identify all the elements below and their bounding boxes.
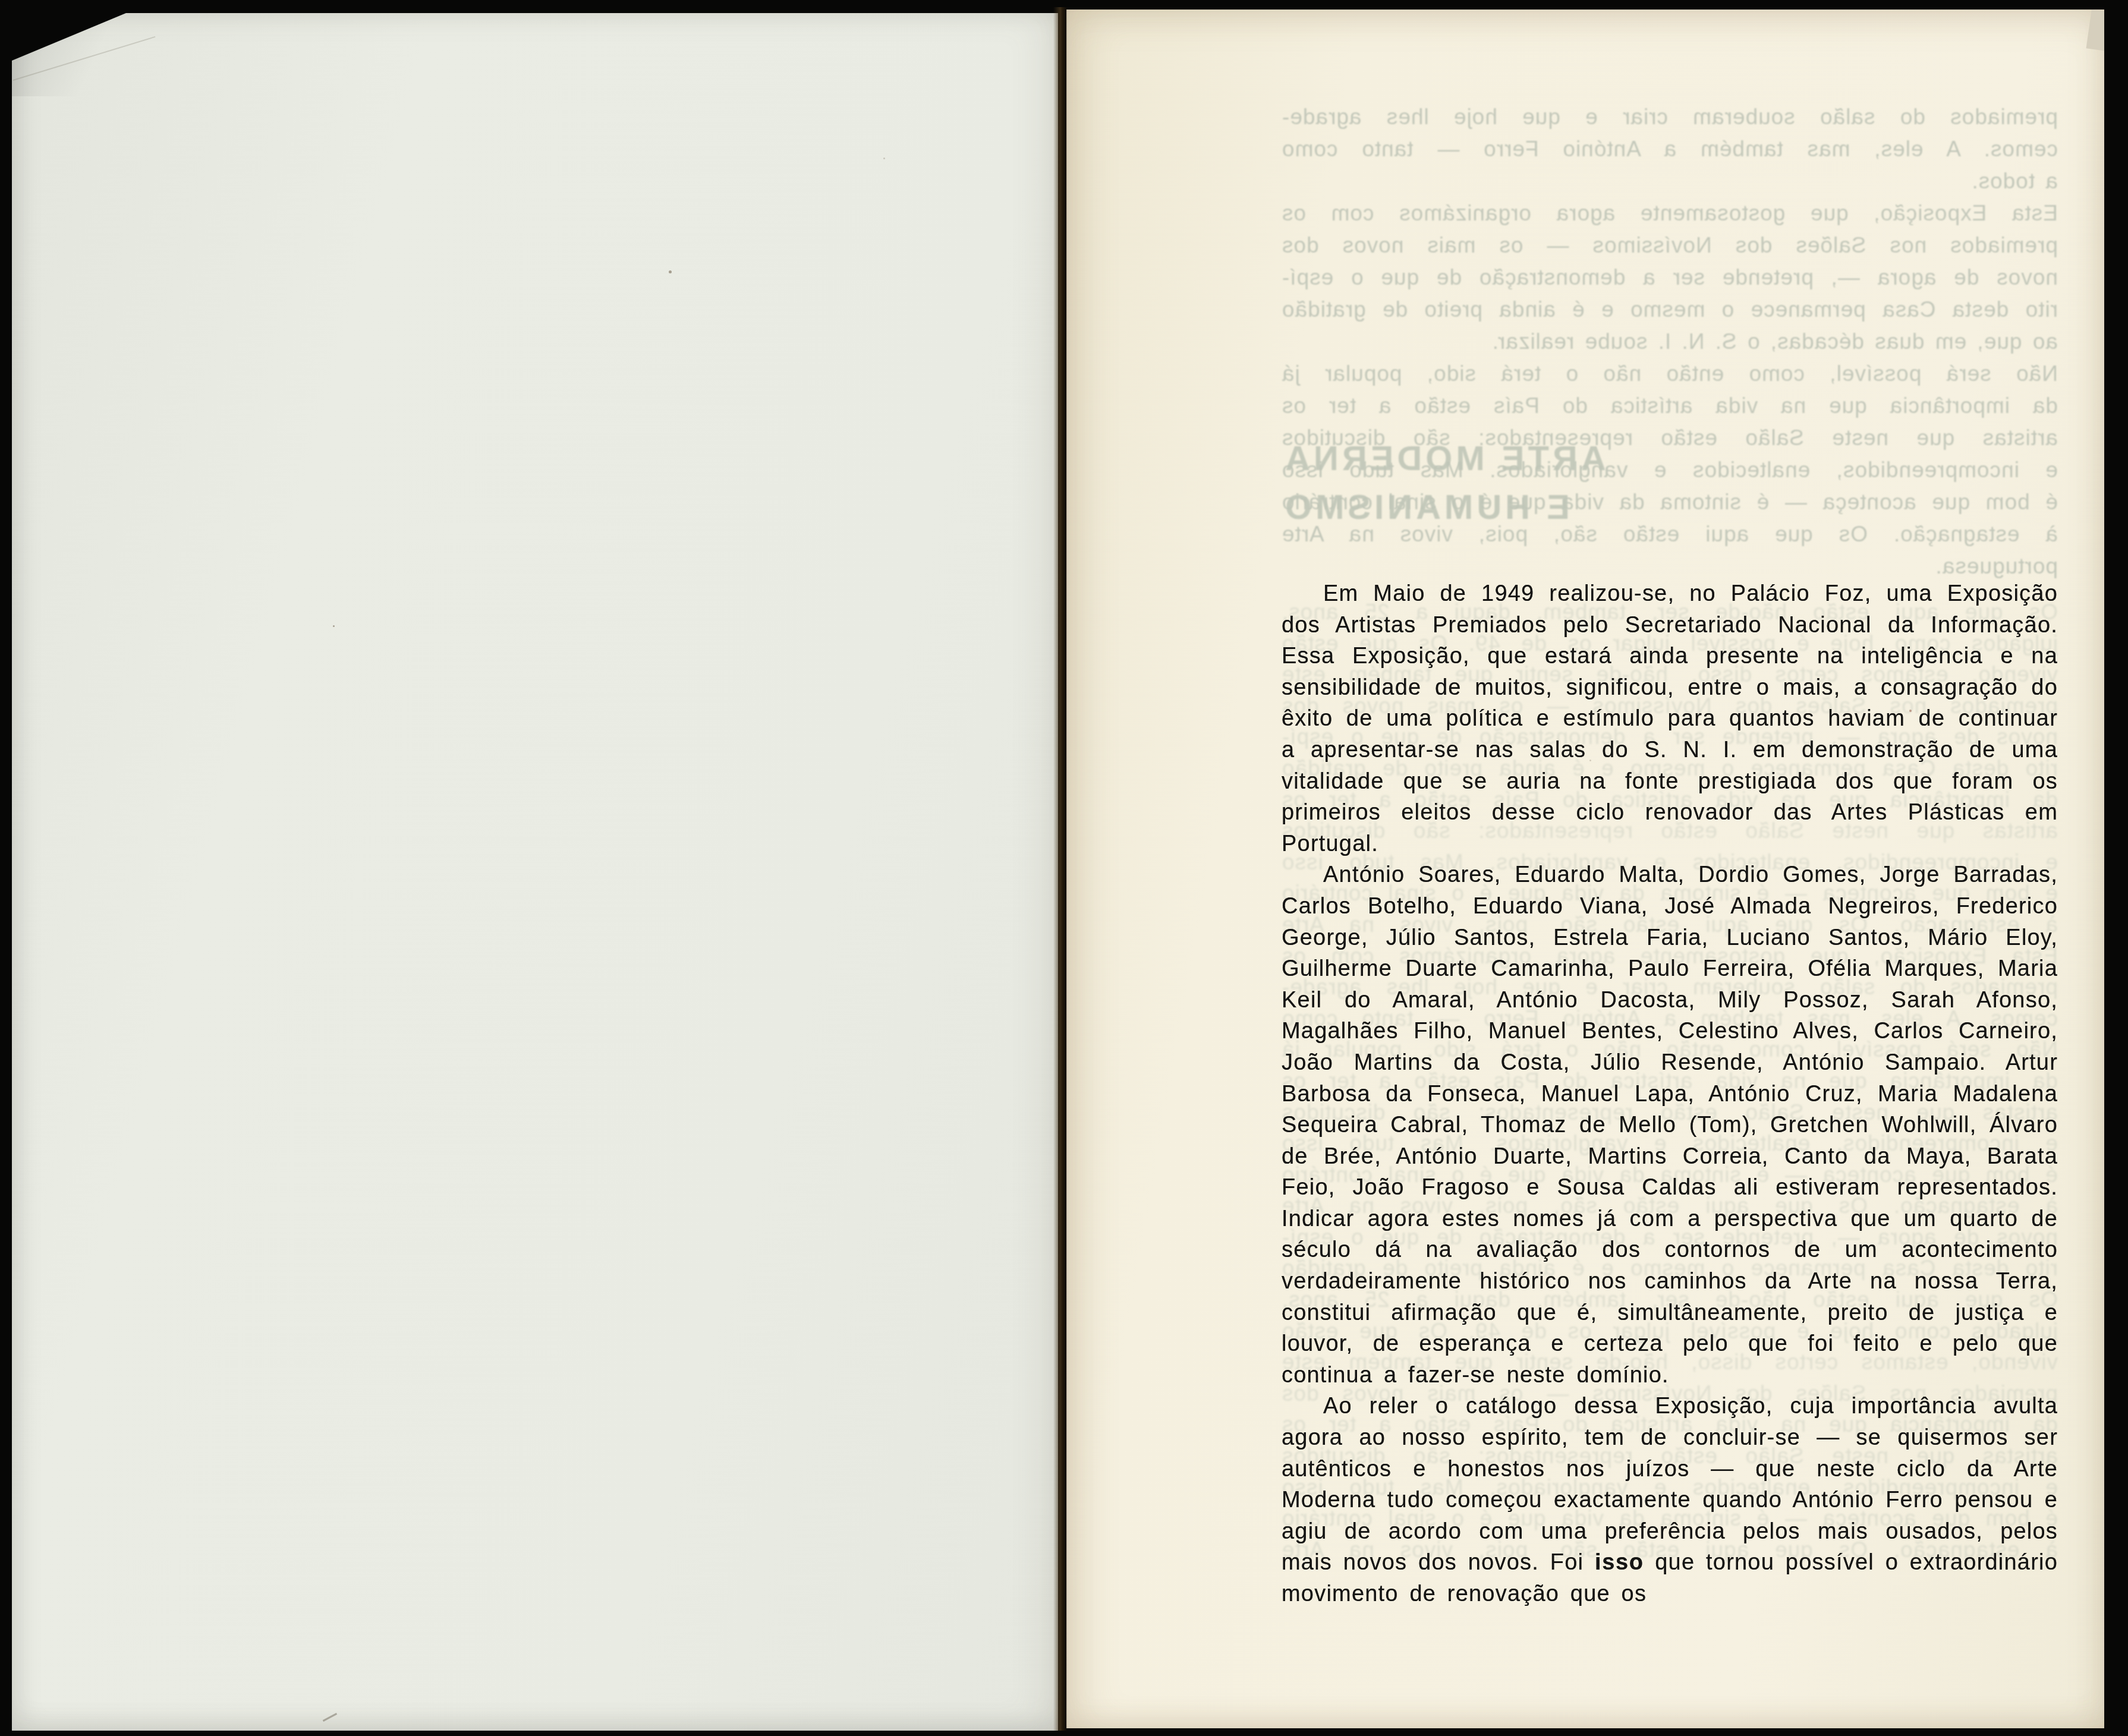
corner-fold-shadow	[12, 13, 149, 96]
ghost-text-line: da importância que na vida artística do …	[1282, 390, 2058, 422]
left-page-blank	[12, 13, 1058, 1731]
right-page: premiados do salão souberam criar e que …	[1066, 10, 2104, 1728]
ghost-text-line: cemos. A eles, mas também a António Ferr…	[1282, 133, 2058, 165]
ghost-text-line: premiados nos Salões dos Novíssimos — os…	[1282, 229, 2058, 261]
ghost-text-line: novos de agora —, pretende ser a demonst…	[1282, 261, 2058, 294]
dust-speck	[1589, 760, 1591, 761]
ghost-title-arte-moderna: ARTE MODERNA	[1282, 439, 2058, 478]
dust-speck	[333, 625, 335, 627]
dust-speck	[883, 157, 885, 159]
paragraph-artist-names: António Soares, Eduardo Malta, Dordio Go…	[1282, 859, 2058, 1391]
ghost-text-line: ao que, em duas décadas, o S. N. I. soub…	[1282, 326, 2058, 358]
book-scan: premiados do salão souberam criar e que …	[0, 0, 2128, 1736]
ghost-text-line: rito desta Casa permanece o mesmo e é ai…	[1282, 294, 2058, 326]
bold-word-isso: isso	[1595, 1550, 1644, 1575]
ghost-text-line: a todos.	[1282, 165, 2058, 197]
scratch-mark	[323, 1713, 337, 1722]
dust-speck	[669, 270, 672, 273]
main-text-block: Em Maio de 1949 realizou-se, no Palácio …	[1282, 578, 2058, 1610]
paragraph-catalogo: Ao reler o catálogo dessa Exposição, cuj…	[1282, 1391, 2058, 1609]
ghost-text-line: Esta Exposição, que gostosamente agora o…	[1282, 197, 2058, 229]
paragraph-text: Ao reler o catálogo dessa Exposição, cuj…	[1282, 1394, 2058, 1575]
ghost-text-line: portuguesa.	[1282, 550, 2058, 582]
ghost-text-line: premiados do salão souberam criar e que …	[1282, 101, 2058, 133]
paragraph-exposicao-1949: Em Maio de 1949 realizou-se, no Palácio …	[1282, 578, 2058, 859]
page-gutter	[1053, 7, 1070, 1731]
ghost-text-line: Não será possível, como então não o terá…	[1282, 358, 2058, 390]
ghost-title-humanismo: E HUMANISMO	[1282, 487, 2058, 527]
dust-speck	[1909, 710, 1912, 712]
